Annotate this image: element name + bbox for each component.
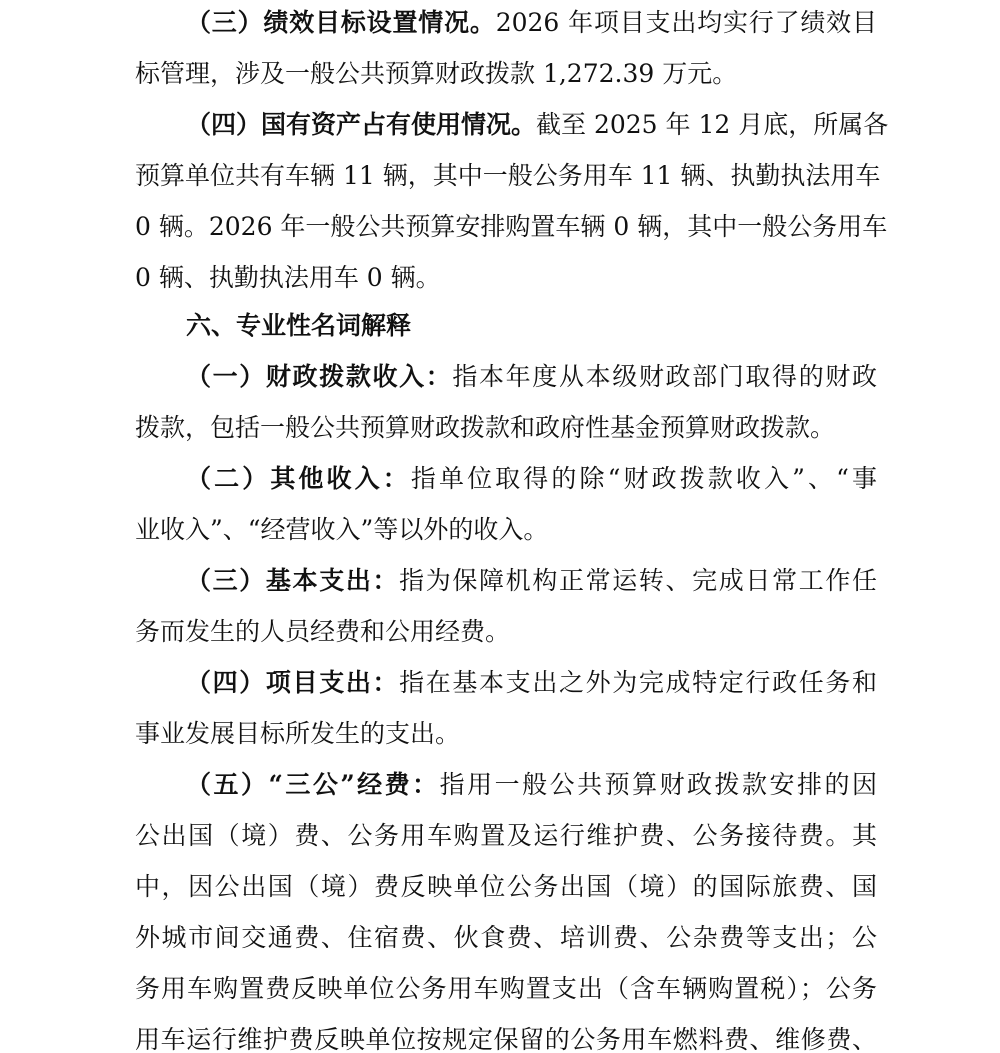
definition-line: （五）“三公”经费：指用一般公共预算财政拨款安排的因 <box>186 765 877 805</box>
definition-line: （一）财政拨款收入：指本年度从本级财政部门取得的财政 <box>186 357 877 397</box>
definition-line: 用车运行维护费反映单位按规定保留的公务用车燃料费、维修费、 <box>135 1020 877 1053</box>
paragraph-line: 0 辆、执勤执法用车 0 辆。 <box>135 258 877 298</box>
definition-line: 务而发生的人员经费和公用经费。 <box>135 612 877 652</box>
definition-line: 拨款，包括一般公共预算财政拨款和政府性基金预算财政拨款。 <box>135 408 877 448</box>
document-page: （三）绩效目标设置情况。2026 年项目支出均实行了绩效目 标管理，涉及一般公共… <box>0 0 1000 1053</box>
paragraph-line: 标管理，涉及一般公共预算财政拨款 1,272.39 万元。 <box>135 54 877 94</box>
paragraph-text: 2026 年项目支出均实行了绩效目 <box>496 8 877 37</box>
paragraph-line: 预算单位共有车辆 11 辆，其中一般公务用车 11 辆、执勤执法用车 <box>135 156 877 196</box>
definition-line: （二）其他收入：指单位取得的除“财政拨款收入”、“事 <box>186 459 877 499</box>
paragraph-text: 截至 2025 年 12 月底，所属各 <box>536 110 888 139</box>
paragraph-lead: （四）国有资产占有使用情况。 <box>186 110 536 139</box>
definition-text: 指单位取得的除“财政拨款收入”、“事 <box>411 464 877 493</box>
definition-line: 事业发展目标所发生的支出。 <box>135 714 877 754</box>
definition-line: （四）项目支出：指在基本支出之外为完成特定行政任务和 <box>186 663 877 703</box>
paragraph-line: （三）绩效目标设置情况。2026 年项目支出均实行了绩效目 <box>186 3 877 43</box>
definition-line: 业收入”、“经营收入”等以外的收入。 <box>135 510 877 550</box>
definition-text: 指在基本支出之外为完成特定行政任务和 <box>399 668 877 697</box>
definition-text: 指为保障机构正常运转、完成日常工作任 <box>399 566 877 595</box>
paragraph-lead: （三）绩效目标设置情况。 <box>186 8 496 37</box>
paragraph-line: （四）国有资产占有使用情况。截至 2025 年 12 月底，所属各 <box>186 105 877 145</box>
definition-line: 务用车购置费反映单位公务用车购置支出（含车辆购置税）；公务 <box>135 969 877 1009</box>
definition-line: 外城市间交通费、住宿费、伙食费、培训费、公杂费等支出；公 <box>135 918 877 958</box>
definition-term: （二）其他收入： <box>186 464 411 493</box>
definition-term: （一）财政拨款收入： <box>186 362 452 391</box>
section-heading: 六、专业性名词解释 <box>186 306 877 346</box>
definition-term: （三）基本支出： <box>186 566 399 595</box>
definition-term: （五）“三公”经费： <box>186 770 440 799</box>
definition-text: 指本年度从本级财政部门取得的财政 <box>452 362 877 391</box>
definition-line: （三）基本支出：指为保障机构正常运转、完成日常工作任 <box>186 561 877 601</box>
definition-line: 公出国（境）费、公务用车购置及运行维护费、公务接待费。其 <box>135 816 877 856</box>
definition-line: 中，因公出国（境）费反映单位公务出国（境）的国际旅费、国 <box>135 867 877 907</box>
paragraph-line: 0 辆。2026 年一般公共预算安排购置车辆 0 辆，其中一般公务用车 <box>135 207 877 247</box>
definition-term: （四）项目支出： <box>186 668 399 697</box>
definition-text: 指用一般公共预算财政拨款安排的因 <box>440 770 877 799</box>
